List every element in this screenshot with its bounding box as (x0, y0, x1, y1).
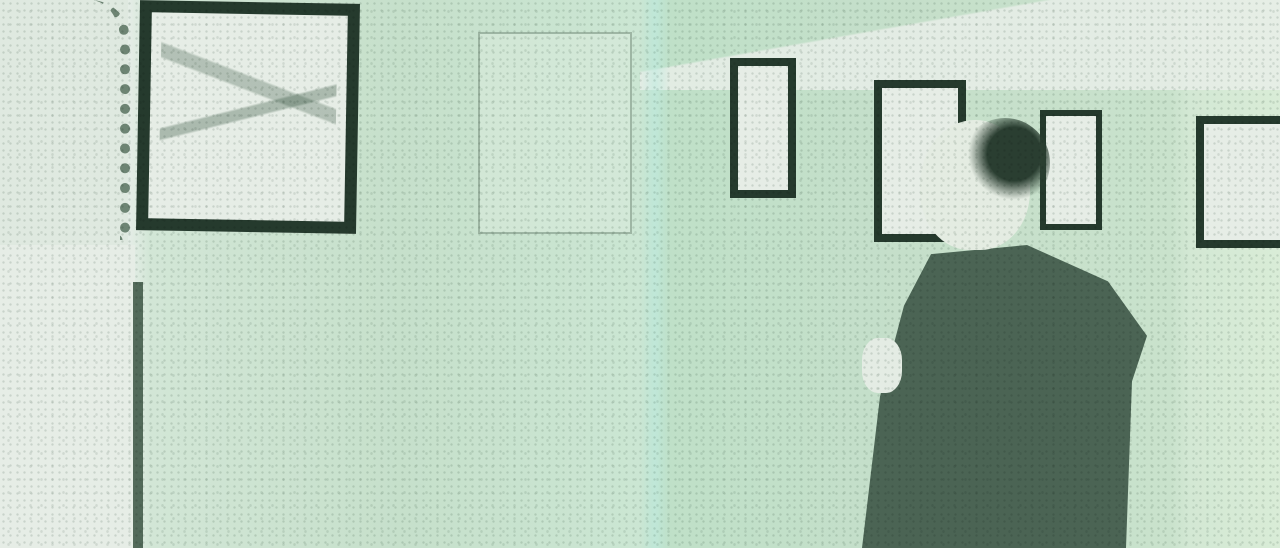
film-grain-overlay (0, 0, 1280, 548)
photograph (0, 0, 1280, 548)
